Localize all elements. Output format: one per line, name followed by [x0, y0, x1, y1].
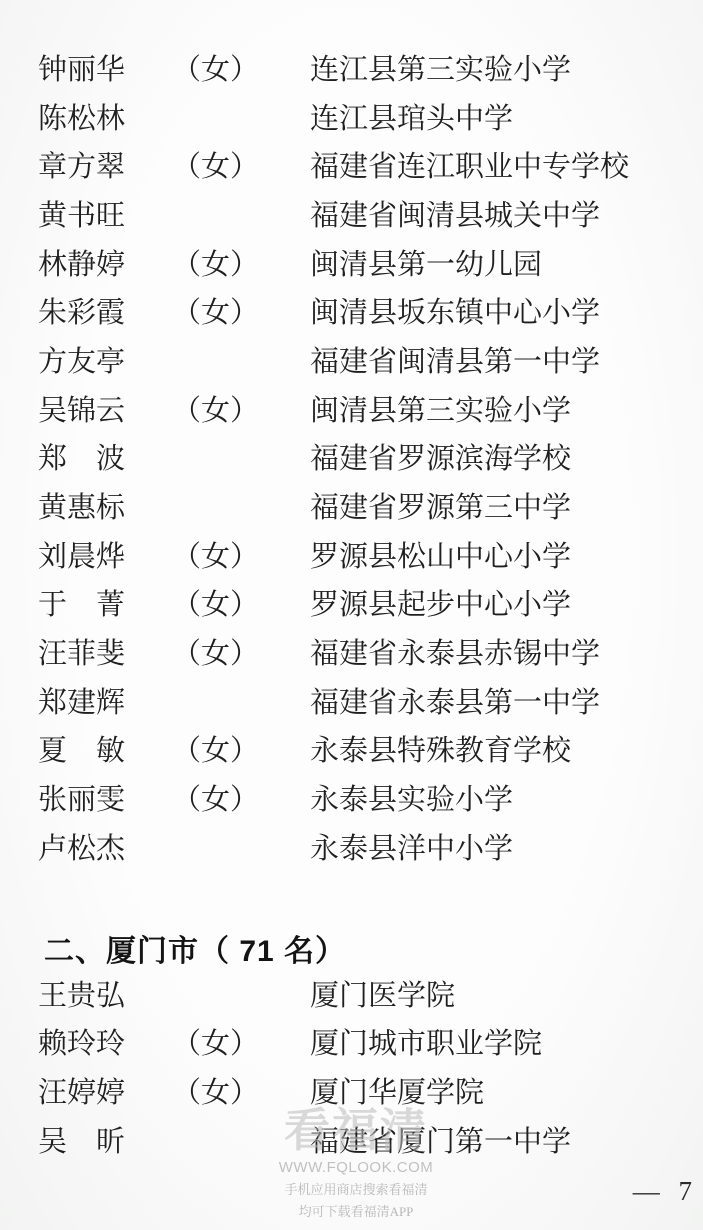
school-name: 永泰县特殊教育学校 [310, 737, 703, 766]
gender-marker: （女） [172, 251, 310, 280]
school-name: 永泰县洋中小学 [310, 835, 703, 864]
list-item: 郑建辉 福建省永泰县第一中学 [0, 679, 703, 728]
school-name: 福建省永泰县赤锡中学 [310, 640, 703, 669]
list-item: 朱彩霞 （女） 闽清县坂东镇中心小学 [0, 289, 703, 338]
school-name: 永泰县实验小学 [310, 786, 703, 815]
gender-marker: （女） [172, 786, 310, 815]
gender-marker: （女） [172, 1030, 310, 1059]
person-name: 张丽雯 [38, 786, 172, 815]
person-name: 朱彩霞 [38, 299, 172, 328]
school-name: 连江县琯头中学 [310, 105, 703, 134]
list-item: 刘晨烨 （女） 罗源县松山中心小学 [0, 533, 703, 582]
list-item: 吴 昕 福建省厦门第一中学 [0, 1118, 703, 1167]
school-name: 福建省永泰县第一中学 [310, 689, 703, 718]
person-name: 王贵弘 [38, 982, 172, 1011]
list-item: 黄书旺 福建省闽清县城关中学 [0, 192, 703, 241]
gender-marker: （女） [172, 56, 310, 85]
list-item: 钟丽华 （女） 连江县第三实验小学 [0, 46, 703, 95]
list-item: 黄惠标 福建省罗源第三中学 [0, 484, 703, 533]
person-name: 汪婷婷 [38, 1079, 172, 1108]
school-name: 罗源县起步中心小学 [310, 591, 703, 620]
person-name: 郑建辉 [38, 689, 172, 718]
person-name: 钟丽华 [38, 56, 172, 85]
person-name: 吴锦云 [38, 397, 172, 426]
school-name: 福建省罗源滨海学校 [310, 445, 703, 474]
gender-marker: （女） [172, 153, 310, 182]
page-number: — 7 [633, 1176, 698, 1207]
school-name: 闽清县第一幼儿园 [310, 251, 703, 280]
list-item: 方友亭 福建省闽清县第一中学 [0, 338, 703, 387]
list-item: 汪婷婷 （女） 厦门华厦学院 [0, 1069, 703, 1118]
person-name: 方友亭 [38, 348, 172, 377]
school-name: 闽清县坂东镇中心小学 [310, 299, 703, 328]
person-name: 黄书旺 [38, 202, 172, 231]
person-name: 汪菲斐 [38, 640, 172, 669]
roster-list: 钟丽华 （女） 连江县第三实验小学 陈松林 连江县琯头中学 章方翠 （女） 福建… [0, 46, 703, 1166]
person-name: 卢松杰 [38, 835, 172, 864]
gender-marker: （女） [172, 640, 310, 669]
school-name: 罗源县松山中心小学 [310, 543, 703, 572]
school-name: 厦门华厦学院 [310, 1079, 703, 1108]
gender-marker: （女） [172, 591, 310, 620]
list-item: 陈松林 连江县琯头中学 [0, 95, 703, 144]
school-name: 连江县第三实验小学 [310, 56, 703, 85]
person-name: 赖玲玲 [38, 1030, 172, 1059]
person-name: 夏 敏 [38, 737, 172, 766]
person-name: 吴 昕 [38, 1128, 172, 1157]
school-name: 厦门城市职业学院 [310, 1030, 703, 1059]
school-name: 厦门医学院 [310, 982, 703, 1011]
school-name: 闽清县第三实验小学 [310, 397, 703, 426]
list-item: 吴锦云 （女） 闽清县第三实验小学 [0, 387, 703, 436]
list-item: 张丽雯 （女） 永泰县实验小学 [0, 776, 703, 825]
list-item: 汪菲斐 （女） 福建省永泰县赤锡中学 [0, 630, 703, 679]
document-page: 钟丽华 （女） 连江县第三实验小学 陈松林 连江县琯头中学 章方翠 （女） 福建… [0, 0, 703, 1230]
list-item: 王贵弘 厦门医学院 [0, 972, 703, 1021]
school-name: 福建省闽清县城关中学 [310, 202, 703, 231]
list-item: 于 菁 （女） 罗源县起步中心小学 [0, 582, 703, 631]
person-name: 章方翠 [38, 153, 172, 182]
person-name: 林静婷 [38, 251, 172, 280]
gender-marker: （女） [172, 737, 310, 766]
list-item: 林静婷 （女） 闽清县第一幼儿园 [0, 241, 703, 290]
section-heading: 二、厦门市（ 71 名） [44, 924, 703, 972]
person-name: 郑 波 [38, 445, 172, 474]
list-item: 卢松杰 永泰县洋中小学 [0, 825, 703, 874]
list-item: 章方翠 （女） 福建省连江职业中专学校 [0, 143, 703, 192]
person-name: 刘晨烨 [38, 543, 172, 572]
person-name: 于 菁 [38, 591, 172, 620]
list-item: 夏 敏 （女） 永泰县特殊教育学校 [0, 728, 703, 777]
gender-marker: （女） [172, 1079, 310, 1108]
list-item: 赖玲玲 （女） 厦门城市职业学院 [0, 1020, 703, 1069]
school-name: 福建省连江职业中专学校 [310, 153, 703, 182]
school-name: 福建省闽清县第一中学 [310, 348, 703, 377]
school-name: 福建省罗源第三中学 [310, 494, 703, 523]
watermark-line2: 均可下载看福清APP [276, 1201, 436, 1220]
gender-marker: （女） [172, 299, 310, 328]
list-item: 郑 波 福建省罗源滨海学校 [0, 436, 703, 485]
person-name: 陈松林 [38, 105, 172, 134]
gender-marker: （女） [172, 543, 310, 572]
watermark-line1: 手机应用商店搜索看福清 [276, 1179, 436, 1198]
school-name: 福建省厦门第一中学 [310, 1128, 703, 1157]
person-name: 黄惠标 [38, 494, 172, 523]
gender-marker: （女） [172, 397, 310, 426]
